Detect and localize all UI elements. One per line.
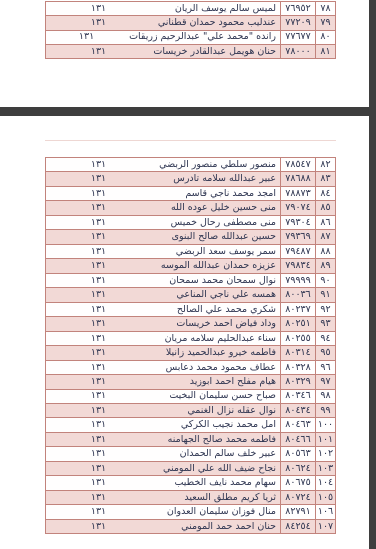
id-cell: ٨٤٢٥٤ xyxy=(280,520,316,533)
code-value: ١٣١ xyxy=(46,218,151,228)
name-cell: ١٣١منصور سلطي منصور الربضي xyxy=(46,158,280,171)
serial-cell: ١٠٧ xyxy=(316,520,335,533)
person-name: عبير خلف سالم الحمدان xyxy=(151,449,280,459)
serial-cell: ٩٠ xyxy=(316,274,335,287)
code-value: ١٣١ xyxy=(46,261,151,271)
person-name: امجد محمد ناجي قاسم xyxy=(151,189,280,199)
name-cell: ١٣١حنان هويمل عبدالقادر خريسات xyxy=(46,45,280,58)
table-row: ١٣١لميس سالم يوسف الريان٧٦٩٥٢٧٨ xyxy=(46,2,335,16)
person-name: رانده "محمد علي" عبدالرحيم زريقات xyxy=(127,32,280,42)
table-row: ١٣١نوال عقله نزال الغنمي٨٠٤٣٤٩٩ xyxy=(46,404,335,418)
table-row: ١٣١رانده "محمد علي" عبدالرحيم زريقات٧٧٦٧… xyxy=(46,31,335,45)
person-name: سناء عبدالحليم سلامه مريان xyxy=(151,334,280,344)
name-cell: ١٣١منى حسين خليل عوده الله xyxy=(46,201,280,214)
serial-cell: ٨٦ xyxy=(316,216,335,229)
table-row: ١٣١سمر يوسف سعد الربضي٧٩٤٨٧٨٨ xyxy=(46,245,335,259)
code-value: ١٣١ xyxy=(46,493,151,503)
name-cell: ١٣١وداد فياض احمد خريسات xyxy=(46,317,280,330)
name-cell: ١٣١سمر يوسف سعد الربضي xyxy=(46,245,280,258)
person-name: فاطمه خيرو عبدالحميد زانيلا xyxy=(151,348,280,358)
serial-cell: ١٠٦ xyxy=(316,505,335,518)
name-cell: ١٣١ثريا كريم مطلق السعيد xyxy=(46,491,280,504)
serial-cell: ٩٢ xyxy=(316,303,335,316)
id-cell: ٨٠٣٢٩ xyxy=(280,375,316,388)
table-row: ١٣١سناء عبدالحليم سلامه مريان٨٠٢٥٥٩٤ xyxy=(46,332,335,346)
code-value: ١٣١ xyxy=(46,391,151,401)
name-cell: ١٣١نوال سمحان محمد سمحان xyxy=(46,274,280,287)
serial-cell: ١٠٠ xyxy=(316,418,335,431)
code-value: ١٣١ xyxy=(46,247,151,257)
person-name: ثريا كريم مطلق السعيد xyxy=(151,493,280,503)
table-row: ١٣١فاطمه محمد صالح الجهامنه٨٠٤٦٦١٠١ xyxy=(46,433,335,447)
table-row: ١٣١حنان احمد حمد المومني٨٤٢٥٤١٠٧ xyxy=(46,520,335,533)
serial-cell: ٩٨ xyxy=(316,390,335,403)
id-cell: ٧٧٦٧٧ xyxy=(280,31,316,44)
name-cell: ١٣١نوال عقله نزال الغنمي xyxy=(46,404,280,417)
name-cell: ١٣١رانده "محمد علي" عبدالرحيم زريقات xyxy=(46,31,280,44)
code-value: ١٣١ xyxy=(46,449,151,459)
person-name: سمر يوسف سعد الربضي xyxy=(151,247,280,257)
table-row: ١٣١شكري محمد علي الصالح٨٠٢٣٧٩٢ xyxy=(46,303,335,317)
serial-cell: ٩١ xyxy=(316,288,335,301)
table-row: ١٣١منال فوزان سليمان العدوان٨٢٧٩١١٠٦ xyxy=(46,505,335,519)
person-name: صباح حسن سليمان البخيت xyxy=(151,391,280,401)
serial-cell: ٨٧ xyxy=(316,230,335,243)
name-cell: ١٣١نجاح ضيف الله علي المومني xyxy=(46,462,280,475)
code-value: ١٣١ xyxy=(46,334,151,344)
person-name: امل محمد نجيب الكركي xyxy=(151,420,280,430)
person-name: نجاح ضيف الله علي المومني xyxy=(151,464,280,474)
id-cell: ٧٦٩٥٢ xyxy=(280,2,316,15)
person-name: حنان احمد حمد المومني xyxy=(151,522,280,532)
table-row: ١٣١ثريا كريم مطلق السعيد٨٠٧٢٤١٠٥ xyxy=(46,491,335,505)
serial-cell: ١٠٥ xyxy=(316,491,335,504)
code-value: ١٣١ xyxy=(46,348,151,358)
serial-cell: ٨٤ xyxy=(316,187,335,200)
code-value: ١٣١ xyxy=(46,47,151,57)
table-row: ١٣١عزيزه حمدان عبدالله الموسه٧٩٨٣٤٨٩ xyxy=(46,259,335,273)
serial-cell: ٨٥ xyxy=(316,201,335,214)
person-name: حنان هويمل عبدالقادر خريسات xyxy=(151,47,280,57)
code-value: ١٣١ xyxy=(46,32,127,42)
serial-cell: ٩٥ xyxy=(316,346,335,359)
name-cell: ١٣١صباح حسن سليمان البخيت xyxy=(46,390,280,403)
code-value: ١٣١ xyxy=(46,319,151,329)
person-name: منى مصطفى رحال خميس xyxy=(151,218,280,228)
name-cell: ١٣١لميس سالم يوسف الريان xyxy=(46,2,280,15)
id-cell: ٧٨٠٠٠ xyxy=(280,45,316,58)
table-row: ١٣١عبير عبدالله سلامه تادرس٧٨٦٨٨٨٣ xyxy=(46,172,335,186)
id-cell: ٨٠٦٢٤ xyxy=(280,462,316,475)
id-cell: ٧٨٨٧٣ xyxy=(280,187,316,200)
id-cell: ٨٠٧٢٤ xyxy=(280,491,316,504)
code-value: ١٣١ xyxy=(46,203,151,213)
code-value: ١٣١ xyxy=(46,363,151,373)
id-cell: ٧٧٢٠٩ xyxy=(280,16,316,29)
name-cell: ١٣١عبير عبدالله سلامه تادرس xyxy=(46,172,280,185)
serial-cell: ٩٦ xyxy=(316,361,335,374)
person-name: عزيزه حمدان عبدالله الموسه xyxy=(151,261,280,271)
code-value: ١٣١ xyxy=(46,18,151,28)
id-cell: ٨٠٠٣٦ xyxy=(280,288,316,301)
serial-cell: ٨٢ xyxy=(316,158,335,171)
serial-cell: ١٠٣ xyxy=(316,462,335,475)
table-row: ١٣١وداد فياض احمد خريسات٨٠٢٥١٩٣ xyxy=(46,317,335,331)
serial-cell: ١٠١ xyxy=(316,433,335,446)
id-cell: ٨٠٢٥١ xyxy=(280,317,316,330)
person-name: عبير عبدالله سلامه تادرس xyxy=(151,174,280,184)
person-name: هيام مفلح احمد ابوزيد xyxy=(151,377,280,387)
code-value: ١٣١ xyxy=(46,420,151,430)
names-table-page1: ١٣١لميس سالم يوسف الريان٧٦٩٥٢٧٨١٣١عندليب… xyxy=(45,1,336,59)
code-value: ١٣١ xyxy=(46,276,151,286)
name-cell: ١٣١حسين عبدالله صالح البنوى xyxy=(46,230,280,243)
id-cell: ٨٠٣٢٨ xyxy=(280,361,316,374)
code-value: ١٣١ xyxy=(46,174,151,184)
name-cell: ١٣١عندليب محمود حمدان قطناني xyxy=(46,16,280,29)
serial-cell: ١٠٢ xyxy=(316,447,335,460)
serial-cell: ٨٣ xyxy=(316,172,335,185)
name-cell: ١٣١عطاف محمود محمد دعابس xyxy=(46,361,280,374)
id-cell: ٨٠٥٦٣ xyxy=(280,447,316,460)
id-cell: ٧٩٣٠٤ xyxy=(280,216,316,229)
code-value: ١٣١ xyxy=(46,4,151,14)
id-cell: ٧٨٦٨٨ xyxy=(280,172,316,185)
person-name: منى حسين خليل عوده الله xyxy=(151,203,280,213)
person-name: عطاف محمود محمد دعابس xyxy=(151,363,280,373)
name-cell: ١٣١امجد محمد ناجي قاسم xyxy=(46,187,280,200)
table-row: ١٣١فاطمه خيرو عبدالحميد زانيلا٨٠٣١٤٩٥ xyxy=(46,346,335,360)
code-value: ١٣١ xyxy=(46,406,151,416)
table-row: ١٣١هيام مفلح احمد ابوزيد٨٠٣٢٩٩٧ xyxy=(46,375,335,389)
id-cell: ٧٩٠٧٤ xyxy=(280,201,316,214)
table-row: ١٣١نجاح ضيف الله علي المومني٨٠٦٢٤١٠٣ xyxy=(46,462,335,476)
name-cell: ١٣١فاطمه خيرو عبدالحميد زانيلا xyxy=(46,346,280,359)
table-row: ١٣١صباح حسن سليمان البخيت٨٠٣٤٦٩٨ xyxy=(46,390,335,404)
name-cell: ١٣١عزيزه حمدان عبدالله الموسه xyxy=(46,259,280,272)
code-value: ١٣١ xyxy=(46,377,151,387)
id-cell: ٧٨٥٤٧ xyxy=(280,158,316,171)
code-value: ١٣١ xyxy=(46,160,151,170)
id-cell: ٨٠٦٧٥ xyxy=(280,476,316,489)
table-row: ١٣١نوال سمحان محمد سمحان٧٩٩٩٩٩٠ xyxy=(46,274,335,288)
serial-cell: ٨٠ xyxy=(316,31,335,44)
person-name: همسه علي ناجي المناعي xyxy=(151,290,280,300)
code-value: ١٣١ xyxy=(46,507,151,517)
name-cell: ١٣١عبير خلف سالم الحمدان xyxy=(46,447,280,460)
table-row: ١٣١حسين عبدالله صالح البنوى٧٩٣٦٩٨٧ xyxy=(46,230,335,244)
table-row: ١٣١امجد محمد ناجي قاسم٧٨٨٧٣٨٤ xyxy=(46,187,335,201)
id-cell: ٧٩٣٦٩ xyxy=(280,230,316,243)
serial-cell: ٩٧ xyxy=(316,375,335,388)
id-cell: ٨٠٢٥٥ xyxy=(280,332,316,345)
name-cell: ١٣١منال فوزان سليمان العدوان xyxy=(46,505,280,518)
names-table-page2: ١٣١منصور سلطي منصور الربضي٧٨٥٤٧٨٢١٣١عبير… xyxy=(45,157,336,534)
name-cell: ١٣١هيام مفلح احمد ابوزيد xyxy=(46,375,280,388)
table-row: ١٣١منصور سلطي منصور الربضي٧٨٥٤٧٨٢ xyxy=(46,158,335,172)
table-row: ١٣١همسه علي ناجي المناعي٨٠٠٣٦٩١ xyxy=(46,288,335,302)
table-row: ١٣١حنان هويمل عبدالقادر خريسات٧٨٠٠٠٨١ xyxy=(46,45,335,58)
serial-cell: ٨١ xyxy=(316,45,335,58)
serial-cell: ٧٨ xyxy=(316,2,335,15)
serial-cell: ٩٣ xyxy=(316,317,335,330)
serial-cell: ٨٨ xyxy=(316,245,335,258)
code-value: ١٣١ xyxy=(46,189,151,199)
name-cell: ١٣١حنان احمد حمد المومني xyxy=(46,520,280,533)
id-cell: ٨٠٤٦٣ xyxy=(280,418,316,431)
id-cell: ٧٩٤٨٧ xyxy=(280,245,316,258)
person-name: نوال عقله نزال الغنمي xyxy=(151,406,280,416)
serial-cell: ٧٩ xyxy=(316,16,335,29)
name-cell: ١٣١سناء عبدالحليم سلامه مريان xyxy=(46,332,280,345)
serial-cell: ٩٩ xyxy=(316,404,335,417)
table-row: ١٣١منى حسين خليل عوده الله٧٩٠٧٤٨٥ xyxy=(46,201,335,215)
serial-cell: ٨٩ xyxy=(316,259,335,272)
person-name: سهام محمد نايف الخطيب xyxy=(151,478,280,488)
person-name: فاطمه محمد صالح الجهامنه xyxy=(151,435,280,445)
table-row: ١٣١منى مصطفى رحال خميس٧٩٣٠٤٨٦ xyxy=(46,216,335,230)
table-row: ١٣١عطاف محمود محمد دعابس٨٠٣٢٨٩٦ xyxy=(46,361,335,375)
id-cell: ٨٠٢٣٧ xyxy=(280,303,316,316)
person-name: شكري محمد علي الصالح xyxy=(151,305,280,315)
code-value: ١٣١ xyxy=(46,464,151,474)
name-cell: ١٣١همسه علي ناجي المناعي xyxy=(46,288,280,301)
serial-cell: ٩٤ xyxy=(316,332,335,345)
table-row: ١٣١عبير خلف سالم الحمدان٨٠٥٦٣١٠٢ xyxy=(46,447,335,461)
id-cell: ٧٩٨٣٤ xyxy=(280,259,316,272)
serial-cell: ١٠٤ xyxy=(316,476,335,489)
name-cell: ١٣١سهام محمد نايف الخطيب xyxy=(46,476,280,489)
person-name: لميس سالم يوسف الريان xyxy=(151,4,280,14)
code-value: ١٣١ xyxy=(46,305,151,315)
table-row: ١٣١امل محمد نجيب الكركي٨٠٤٦٣١٠٠ xyxy=(46,418,335,432)
person-name: منصور سلطي منصور الربضي xyxy=(151,160,280,170)
name-cell: ١٣١امل محمد نجيب الكركي xyxy=(46,418,280,431)
name-cell: ١٣١فاطمه محمد صالح الجهامنه xyxy=(46,433,280,446)
id-cell: ٨٢٧٩١ xyxy=(280,505,316,518)
id-cell: ٧٩٩٩٩ xyxy=(280,274,316,287)
name-cell: ١٣١منى مصطفى رحال خميس xyxy=(46,216,280,229)
person-name: نوال سمحان محمد سمحان xyxy=(151,276,280,286)
code-value: ١٣١ xyxy=(46,290,151,300)
page2-faint-rule xyxy=(45,140,336,141)
page-right-edge-shadow xyxy=(369,0,376,549)
id-cell: ٨٠٤٣٤ xyxy=(280,404,316,417)
person-name: منال فوزان سليمان العدوان xyxy=(151,507,280,517)
person-name: عندليب محمود حمدان قطناني xyxy=(151,18,280,28)
id-cell: ٨٠٤٦٦ xyxy=(280,433,316,446)
table-row: ١٣١عندليب محمود حمدان قطناني٧٧٢٠٩٧٩ xyxy=(46,16,335,30)
person-name: حسين عبدالله صالح البنوى xyxy=(151,232,280,242)
person-name: وداد فياض احمد خريسات xyxy=(151,319,280,329)
id-cell: ٨٠٣١٤ xyxy=(280,346,316,359)
code-value: ١٣١ xyxy=(46,435,151,445)
page-break-separator xyxy=(0,107,376,116)
table-row: ١٣١سهام محمد نايف الخطيب٨٠٦٧٥١٠٤ xyxy=(46,476,335,490)
scanned-document-view: ١٣١لميس سالم يوسف الريان٧٦٩٥٢٧٨١٣١عندليب… xyxy=(0,0,376,549)
code-value: ١٣١ xyxy=(46,232,151,242)
code-value: ١٣١ xyxy=(46,478,151,488)
name-cell: ١٣١شكري محمد علي الصالح xyxy=(46,303,280,316)
id-cell: ٨٠٣٤٦ xyxy=(280,390,316,403)
code-value: ١٣١ xyxy=(46,522,151,532)
